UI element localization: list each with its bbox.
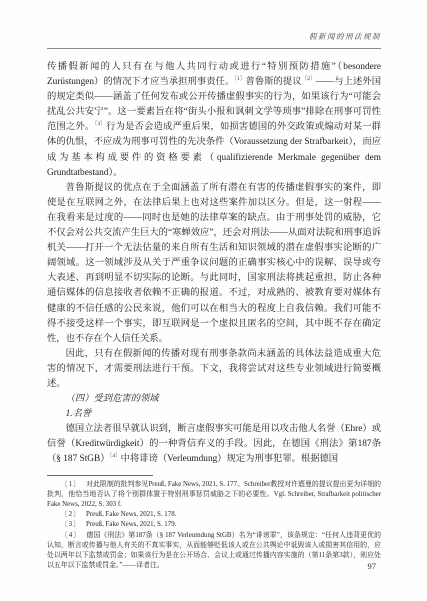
footnote-list: 〔1〕对此限制的批判参见Preuß, Fake News, 2021, S. 1… bbox=[47, 480, 381, 572]
section-heading: （四）受到危害的领域 bbox=[47, 392, 381, 407]
footnote-reference: 〔2〕 bbox=[302, 76, 316, 82]
footnote-marker: 〔1〕 bbox=[61, 481, 86, 488]
footnotes-section: 〔1〕对此限制的批判参见Preuß, Fake News, 2021, S. 1… bbox=[47, 475, 381, 572]
section-subheading: 1.名誉 bbox=[47, 407, 381, 422]
body-paragraph: 因此，只有在假新闻的传播对现有刑事条款尚未涵盖的具体法益造成重大危害的情况下，才… bbox=[47, 347, 381, 392]
footnote: 〔2〕Preuß, Fake News, 2021, S. 178. bbox=[47, 510, 381, 520]
header-rule bbox=[47, 48, 381, 49]
document-page: 假新闻的刑法规制 传播假新闻的人只有在与他人共同行动或进行“特别预防措施”（be… bbox=[0, 0, 427, 601]
footnote-marker: 〔2〕 bbox=[61, 511, 86, 518]
footnote: 〔1〕对此限制的批判参见Preuß, Fake News, 2021, S. 1… bbox=[47, 480, 381, 511]
footnote-marker: 〔3〕 bbox=[61, 521, 86, 528]
footnote-reference: 〔3〕 bbox=[94, 121, 106, 127]
body-text: 传播假新闻的人只有在与他人共同行动或进行“特别预防措施”（besondere Z… bbox=[47, 60, 381, 468]
footnote-reference: 〔1〕 bbox=[234, 76, 245, 82]
body-paragraph: 传播假新闻的人只有在与他人共同行动或进行“特别预防措施”（besondere Z… bbox=[47, 60, 381, 181]
footnote: 〔4〕德国《刑法》第187条（§ 187 Verleumdung StGB）名为… bbox=[47, 531, 381, 572]
body-paragraph: 普鲁斯提议的优点在于全面涵盖了所有潜在有害的传播虚假事实的案件，即使是在互联网之… bbox=[47, 181, 381, 347]
footnote-separator bbox=[47, 475, 153, 476]
running-header-title: 假新闻的刑法规制 bbox=[309, 32, 381, 41]
footnote: 〔3〕Preuß, Fake News, 2021, S. 179. bbox=[47, 520, 381, 530]
footnote-reference: 〔4〕 bbox=[110, 453, 121, 459]
footnote-marker: 〔4〕 bbox=[61, 532, 87, 539]
page-header: 假新闻的刑法规制 bbox=[47, 26, 381, 49]
body-paragraph: 德国立法者很早就认识到，断言虚假事实可能是用以攻击他人名誉（Ehre）或信誉（K… bbox=[47, 422, 381, 467]
page-number: 97 bbox=[368, 561, 377, 571]
